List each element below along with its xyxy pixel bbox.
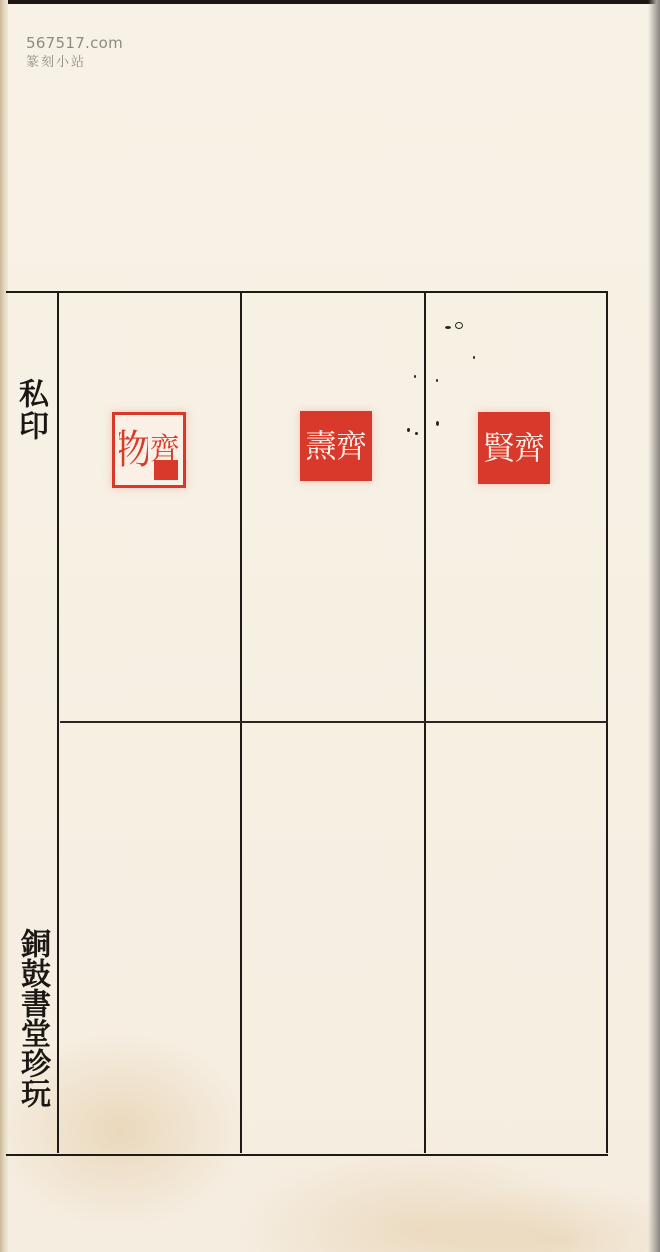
ink-speck <box>414 375 416 378</box>
seal-1-char-left: 物 <box>119 419 148 481</box>
grid-cell-r1c1: 物 齊 <box>59 293 240 721</box>
ink-speck <box>473 356 475 359</box>
page-top-edge <box>0 0 660 4</box>
grid-line-right <box>606 292 608 1153</box>
seal-3-char-right: 齊 <box>516 419 544 477</box>
seal-impression-3: 賢 齊 <box>478 412 550 484</box>
ink-speck <box>436 421 439 426</box>
seal-category-label: 私印 <box>12 378 52 442</box>
seal-3-char-left: 賢 <box>485 419 513 477</box>
ink-speck <box>455 322 463 329</box>
watermark-site: 567517.com <box>26 34 123 53</box>
watermark: 567517.com 篆刻小站 <box>26 34 123 72</box>
grid-cell-r1c2: 燾 齊 <box>242 293 424 721</box>
studio-name-label: 銅鼓書堂珍玩 <box>12 928 52 1108</box>
seal-2-char-left: 燾 <box>307 418 335 474</box>
watermark-name: 篆刻小站 <box>26 53 123 72</box>
grid-cell-r1c3: 賢 齊 <box>426 293 606 721</box>
grid-cell-r2c2 <box>242 723 424 1152</box>
grid-cell-r2c1 <box>59 723 240 1152</box>
ink-speck <box>415 432 418 435</box>
seal-1-solid-block <box>154 460 178 480</box>
ink-speck <box>445 326 451 329</box>
ink-speck <box>436 379 438 382</box>
seal-impression-2: 燾 齊 <box>300 411 372 481</box>
seal-impression-1: 物 齊 <box>112 412 186 488</box>
page-right-shadow <box>648 0 660 1252</box>
grid-cell-r2c3 <box>426 723 606 1152</box>
ink-speck <box>407 428 410 432</box>
seal-2-char-right: 齊 <box>338 418 366 474</box>
